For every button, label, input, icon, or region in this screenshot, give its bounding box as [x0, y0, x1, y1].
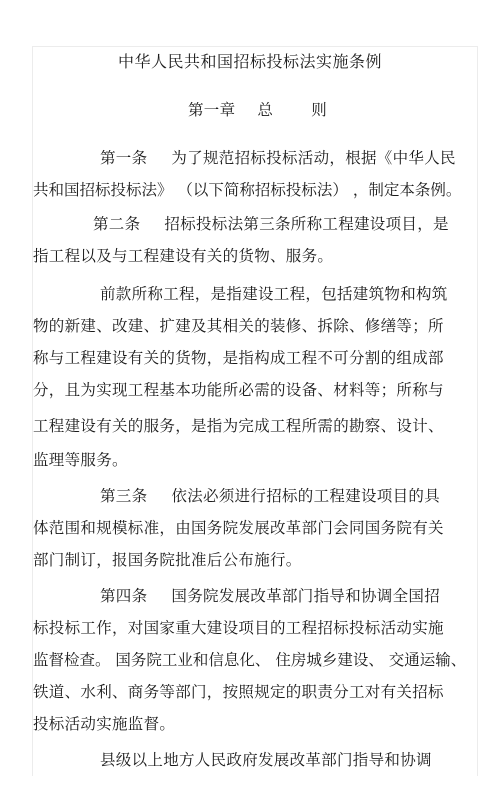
article-2-para-2-line-4: 分，且为实现工程基本功能所必需的设备、材料等；所称与	[33, 380, 444, 400]
article-label: 第一条	[100, 149, 147, 167]
article-4-line-3: 监督检查。 国务院工业和信息化、 住房城乡建设、 交通运输、	[33, 650, 466, 670]
article-text: 国务院发展改革部门指导和协调全国招	[171, 587, 440, 605]
article-4-line-1: 第四条国务院发展改革部门指导和协调全国招	[100, 586, 440, 606]
chapter-name-part2: 则	[311, 101, 327, 119]
article-4-line-5: 投标活动实施监督。	[33, 714, 175, 734]
article-label: 第四条	[100, 587, 147, 605]
article-2-para-2-line-2: 物的新建、改建、扩建及其相关的装修、拆除、修缮等；所	[33, 316, 444, 336]
article-label: 第三条	[100, 487, 147, 505]
article-3-line-1: 第三条依法必须进行招标的工程建设项目的具	[100, 486, 440, 506]
article-2-line-2: 指工程以及与工程建设有关的货物、服务。	[33, 246, 333, 266]
article-text: 依法必须进行招标的工程建设项目的具	[171, 487, 440, 505]
article-2-para-2-line-5: 工程建设有关的服务，是指为完成工程所需的勘察、设计、	[33, 416, 444, 436]
article-2-line-1: 第二条招标投标法第三条所称工程建设项目，是	[93, 214, 449, 234]
article-label: 第二条	[93, 215, 140, 233]
article-4-para-2-line-1: 县级以上地方人民政府发展改革部门指导和协调	[100, 750, 432, 770]
article-4-line-4: 铁道、水利、商务等部门，按照规定的职责分工对有关招标	[33, 682, 444, 702]
article-3-line-2: 体范围和规模标准，由国务院发展改革部门会同国务院有关	[33, 518, 444, 538]
article-text: 招标投标法第三条所称工程建设项目，是	[164, 215, 448, 233]
article-2-para-2-line-6: 监理等服务。	[33, 450, 128, 470]
article-1-line-1: 第一条为了规范招标投标活动，根据《中华人民	[100, 148, 456, 168]
article-text: 为了规范招标投标活动，根据《中华人民	[171, 149, 455, 167]
chapter-name-part1: 总	[257, 101, 273, 119]
article-2-para-2-line-3: 称与工程建设有关的货物，是指构成工程不可分割的组成部	[33, 348, 444, 368]
article-4-line-2: 标投标工作，对国家重大建设项目的工程招标投标活动实施	[33, 618, 444, 638]
document-title: 中华人民共和国招标投标法实施条例	[118, 52, 382, 72]
article-3-line-3: 部门制订，报国务院批准后公布施行。	[33, 550, 302, 570]
article-1-line-2: 共和国招标投标法》 （以下简称招标投标法） ，制定本条例。	[33, 180, 461, 200]
chapter-heading: 第一章总则	[188, 100, 327, 120]
article-2-para-2-line-1: 前款所称工程，是指建设工程，包括建筑物和构筑	[100, 284, 448, 304]
chapter-number: 第一章	[188, 101, 235, 119]
